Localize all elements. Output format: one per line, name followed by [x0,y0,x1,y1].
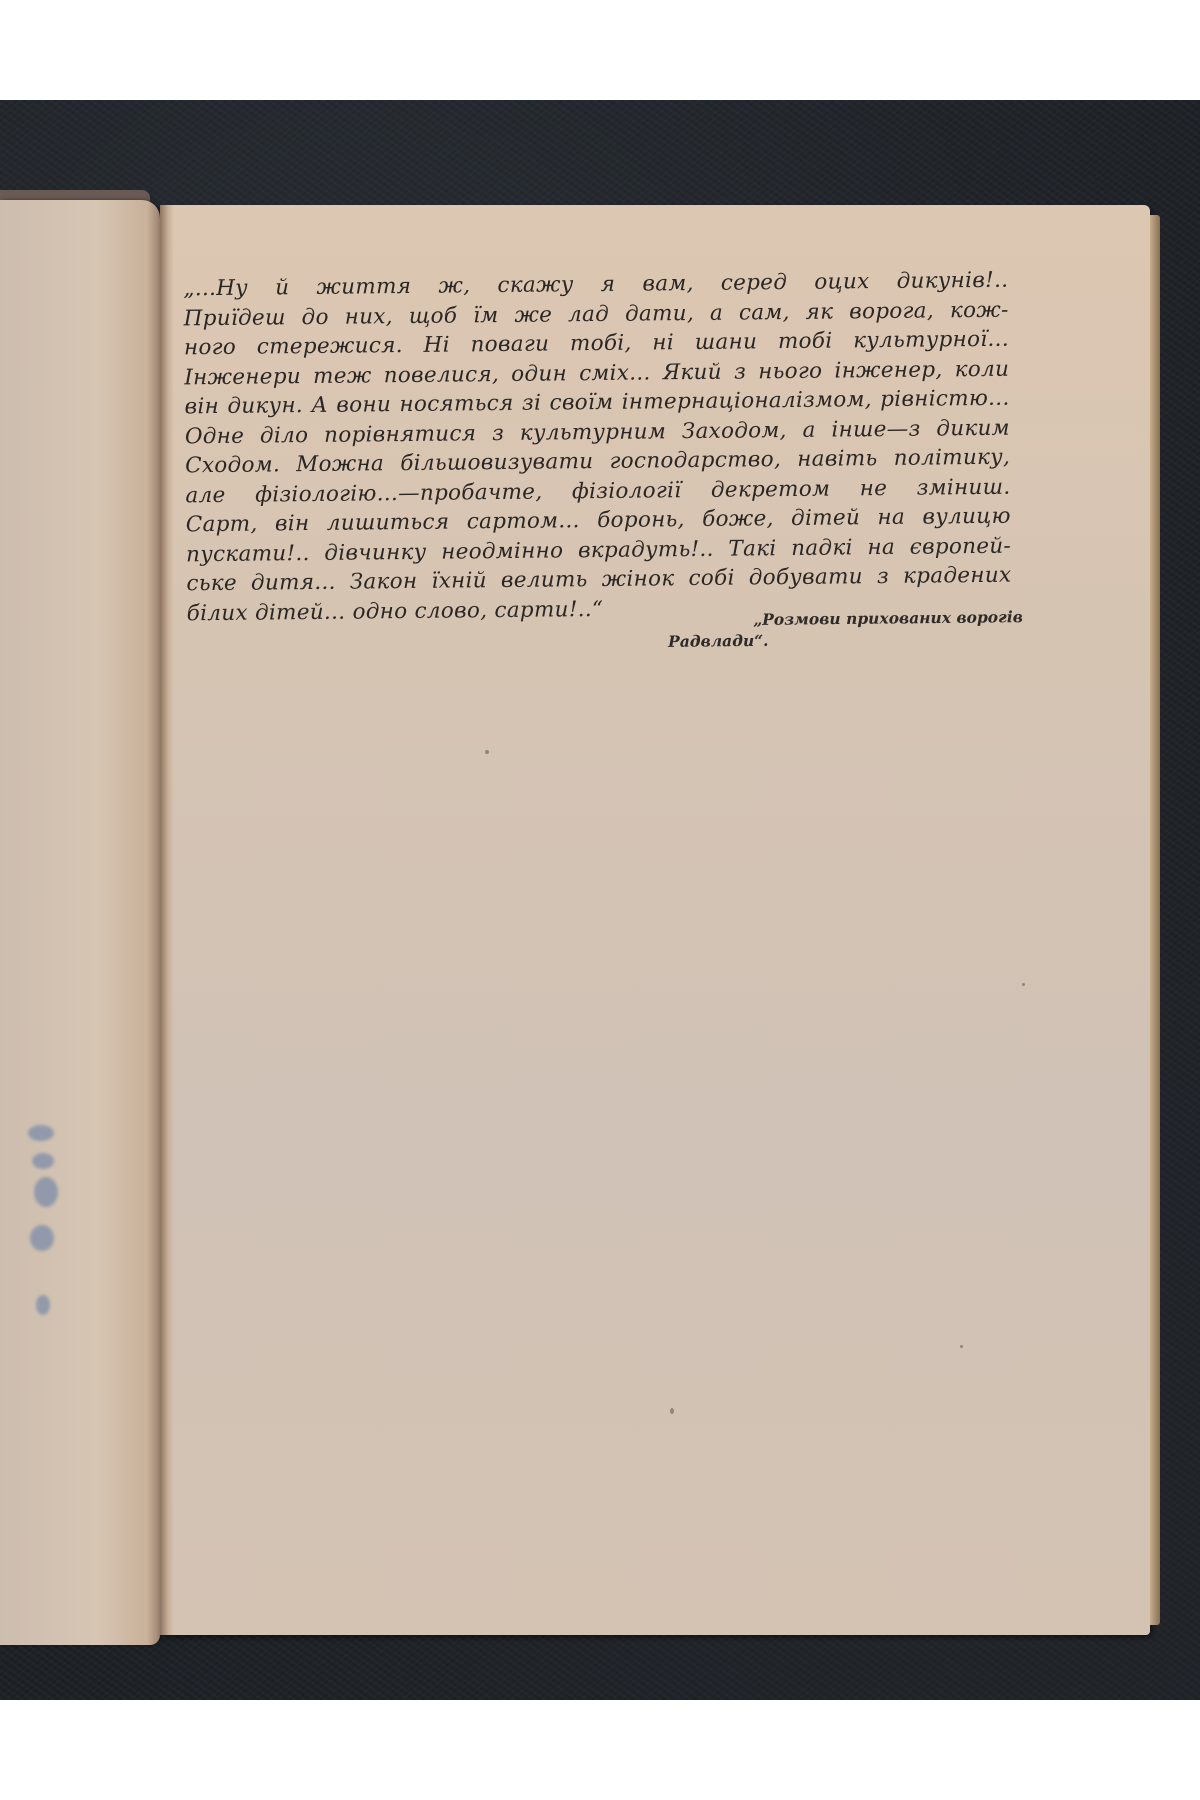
attribution-line: „Розмови прихованих ворогів [668,606,1023,631]
left-page [0,200,160,1645]
page-gutter [160,205,174,1635]
library-stamp [20,1125,70,1325]
paper-speck [960,1345,963,1348]
paper-speck [1022,983,1025,986]
quote-block: „...Ну й життя ж, скажу я вам, серед оци… [183,266,1012,629]
paper-speck [670,1408,674,1414]
quote-attribution: „Розмови прихованих ворогів Радвлади“. [668,606,1023,652]
attribution-line: Радвлади“. [668,627,1023,652]
page-block-edge [1150,215,1160,1625]
paper-speck [485,750,489,754]
